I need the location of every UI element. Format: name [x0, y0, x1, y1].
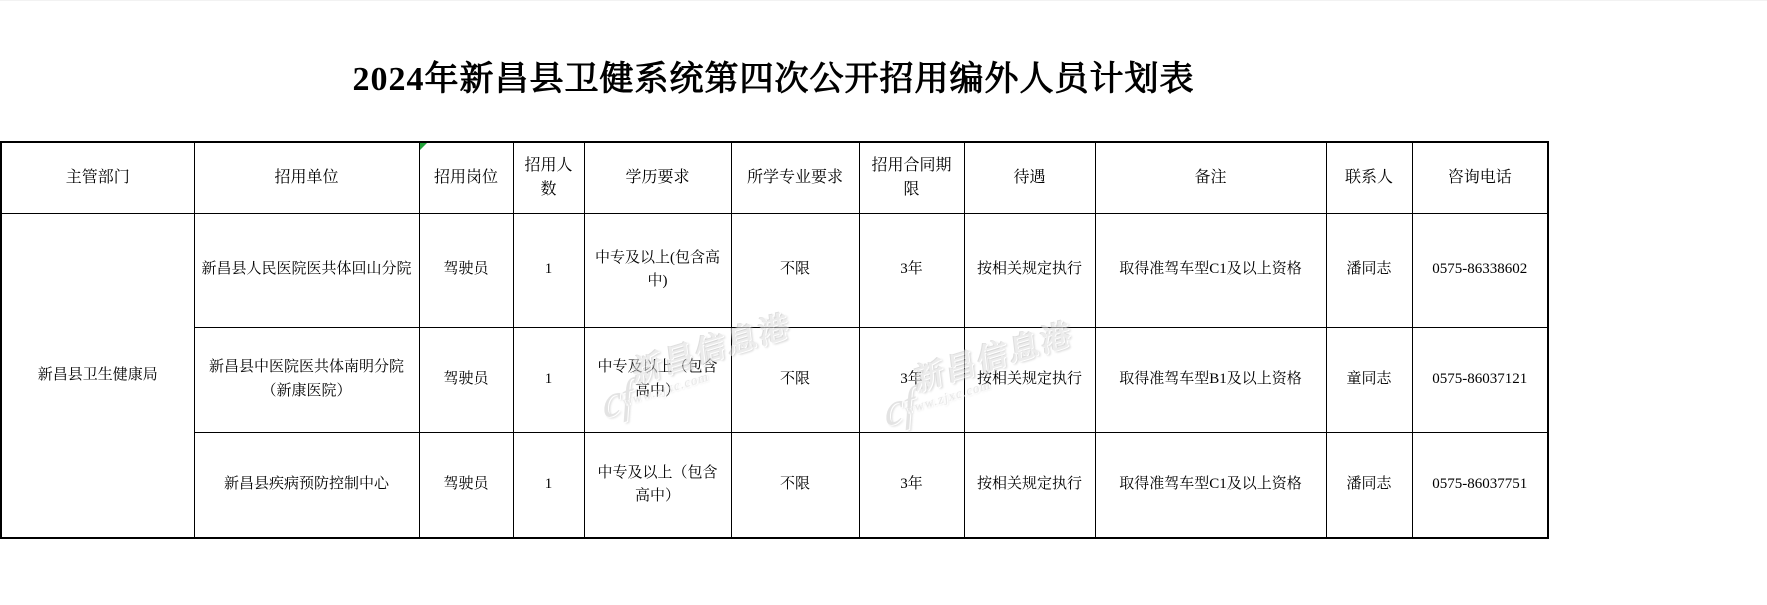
cell-salary: 按相关规定执行 [964, 327, 1095, 432]
cell-education: 中专及以上(包含高中) [584, 213, 731, 327]
cell-position: 驾驶员 [419, 432, 513, 538]
cell-major: 不限 [731, 213, 859, 327]
cell-phone: 0575-86037751 [1412, 432, 1548, 538]
cell-unit: 新昌县中医院医共体南明分院（新康医院） [194, 327, 419, 432]
cell-unit: 新昌县人民医院医共体回山分院 [194, 213, 419, 327]
cell-major: 不限 [731, 432, 859, 538]
header-position: 招用岗位 [419, 142, 513, 213]
cell-contact: 童同志 [1326, 327, 1412, 432]
cell-major: 不限 [731, 327, 859, 432]
page: 2024年新昌县卫健系统第四次公开招用编外人员计划表 主管部门 招用单位 招用岗… [0, 0, 1767, 605]
cell-note: 取得准驾车型C1及以上资格 [1095, 432, 1326, 538]
cell-note: 取得准驾车型B1及以上资格 [1095, 327, 1326, 432]
header-phone: 咨询电话 [1412, 142, 1548, 213]
cell-count: 1 [513, 432, 584, 538]
table-row: 新昌县疾病预防控制中心 驾驶员 1 中专及以上（包含高中） 不限 3年 按相关规… [1, 432, 1548, 538]
cell-education: 中专及以上（包含高中） [584, 327, 731, 432]
cell-salary: 按相关规定执行 [964, 213, 1095, 327]
cell-contact: 潘同志 [1326, 213, 1412, 327]
cell-education: 中专及以上（包含高中） [584, 432, 731, 538]
header-salary: 待遇 [964, 142, 1095, 213]
header-recruiting-unit: 招用单位 [194, 142, 419, 213]
header-major-requirement: 所学专业要求 [731, 142, 859, 213]
cell-note: 取得准驾车型C1及以上资格 [1095, 213, 1326, 327]
cell-phone: 0575-86037121 [1412, 327, 1548, 432]
cell-count: 1 [513, 213, 584, 327]
cell-position: 驾驶员 [419, 213, 513, 327]
header-contract-term: 招用合同期限 [859, 142, 964, 213]
cell-term: 3年 [859, 213, 964, 327]
header-headcount: 招用人数 [513, 142, 584, 213]
header-education-requirement: 学历要求 [584, 142, 731, 213]
table-row: 新昌县中医院医共体南明分院（新康医院） 驾驶员 1 中专及以上（包含高中） 不限… [1, 327, 1548, 432]
cell-contact: 潘同志 [1326, 432, 1412, 538]
header-supervising-department: 主管部门 [1, 142, 194, 213]
header-contact-person: 联系人 [1326, 142, 1412, 213]
green-corner-triangle-icon [420, 143, 427, 150]
header-remarks: 备注 [1095, 142, 1326, 213]
department-cell: 新昌县卫生健康局 [1, 213, 194, 538]
recruitment-table: 主管部门 招用单位 招用岗位 招用人数 学历要求 所学专业要求 招用合同期限 待… [0, 141, 1549, 539]
cell-term: 3年 [859, 327, 964, 432]
cell-salary: 按相关规定执行 [964, 432, 1095, 538]
header-position-label: 招用岗位 [434, 169, 498, 186]
table-row: 新昌县卫生健康局 新昌县人民医院医共体回山分院 驾驶员 1 中专及以上(包含高中… [1, 213, 1548, 327]
cell-term: 3年 [859, 432, 964, 538]
header-row: 主管部门 招用单位 招用岗位 招用人数 学历要求 所学专业要求 招用合同期限 待… [1, 142, 1548, 213]
cell-count: 1 [513, 327, 584, 432]
cell-phone: 0575-86338602 [1412, 213, 1548, 327]
cell-unit: 新昌县疾病预防控制中心 [194, 432, 419, 538]
page-title: 2024年新昌县卫健系统第四次公开招用编外人员计划表 [0, 51, 1547, 100]
cell-position: 驾驶员 [419, 327, 513, 432]
